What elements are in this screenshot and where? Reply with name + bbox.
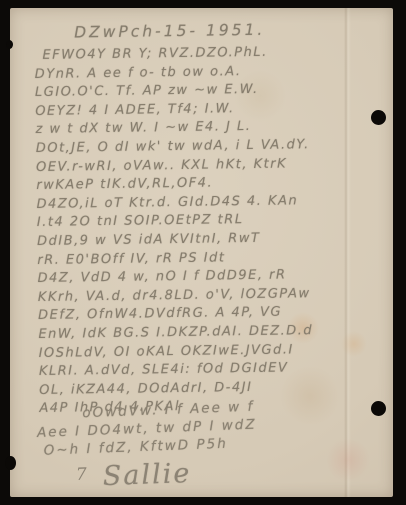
hole-punch-top (371, 110, 386, 125)
letter-page: DZwPch-15- 1951. EFWO4Y BR Y; RVZ.DZO.Ph… (10, 8, 393, 497)
photo-frame: { "page": { "background_color": "#0c0a08… (0, 0, 406, 505)
signature: 7Sallie (75, 458, 191, 493)
signature-name: Sallie (102, 458, 192, 492)
signature-mark: 7 (76, 465, 88, 485)
left-edge-notch-small (6, 40, 13, 49)
letter-body: DZwPch-15- 1951. EFWO4Y BR Y; RVZ.DZO.Ph… (34, 15, 406, 419)
left-edge-notch (5, 456, 16, 470)
hole-punch-bottom (371, 401, 386, 416)
